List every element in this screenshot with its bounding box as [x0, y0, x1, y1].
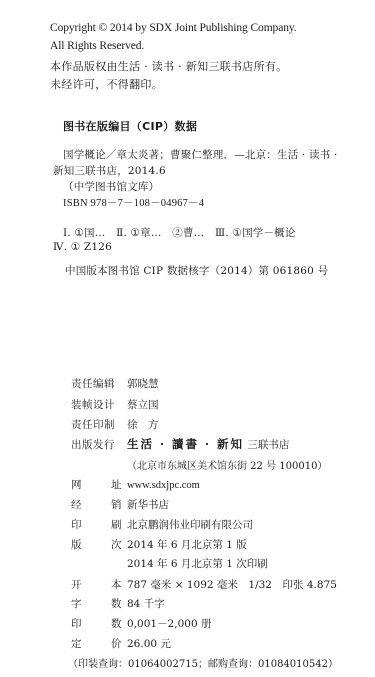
credit-row-word-count: 字数84 千字 [71, 596, 165, 611]
credit-label-a: 版 [71, 537, 111, 552]
cip-title: 图书在版编目（CIP）数据 [63, 118, 197, 134]
credit-label-b: 价 [111, 638, 122, 650]
credit-label-b: 本 [111, 579, 122, 591]
contact-line: （印装查询：01064002715；邮购查询：01084010542） [68, 655, 338, 670]
credit-label-b: 数 [111, 618, 122, 630]
credit-row-publisher: 出版发行生活 · 讀書 · 新知 三联书店 [71, 436, 289, 452]
cip-subjects-line1: Ⅰ. ①国… Ⅱ. ①章… ②曹… Ⅲ. ①国学－概论 [63, 225, 296, 240]
credit-row-printing-manager: 责任印制徐 方 [71, 417, 159, 432]
credit-value: 三联书店 [247, 437, 289, 452]
credit-row-printer: 印刷北京鹏润伟业印刷有限公司 [71, 517, 253, 532]
credit-value: 北京鹏润伟业印刷有限公司 [127, 517, 253, 532]
credit-label: 装帧设计 [71, 397, 127, 412]
cip-entry-line2: 新知三联书店，2014.6 [53, 163, 166, 178]
credit-value: 郭晓慧 [127, 376, 159, 391]
reprint-notice-line: 未经许可，不得翻印。 [50, 76, 163, 92]
credit-label-b: 次 [111, 539, 122, 551]
publisher-address: （北京市东城区美术馆东街 22 号 100010） [127, 457, 327, 472]
credit-label: 责任印制 [71, 417, 127, 432]
credit-value: 84 千字 [127, 596, 165, 611]
credit-row-price: 定价26.00 元 [71, 636, 171, 651]
credit-value: 新华书店 [127, 497, 169, 512]
cip-entry-line1: 国学概论／章太炎著；曹聚仁整理．—北京：生活 · 读书 · [63, 147, 338, 162]
credit-value: 787 毫米 × 1092 毫米 1/32 印张 4.875 [127, 577, 337, 592]
credit-label-a: 经 [71, 497, 111, 512]
credit-row-printing: 2014 年 6 月北京第 1 次印刷 [71, 556, 268, 571]
website-link[interactable]: www.sdxjpc.com [127, 480, 200, 491]
cip-verification: 中国版本图书馆 CIP 数据核字（2014）第 061860 号 [65, 263, 328, 278]
credit-row-print-run: 印数0,001－2,000 册 [71, 616, 211, 631]
cip-subjects-line2: Ⅳ. ① Z126 [53, 241, 112, 253]
credit-label: 责任编辑 [71, 376, 127, 391]
credit-label-a: 网 [71, 477, 111, 492]
copyright-owner-line: 本作品版权由生活 · 读书 · 新知三联书店所有。 [50, 58, 287, 74]
publisher-brand-logo: 生活 · 讀書 · 新知 [127, 436, 244, 452]
credit-row-design: 装帧设计蔡立国 [71, 397, 159, 412]
credit-label-a: 印 [71, 616, 111, 631]
credit-label-b: 数 [111, 598, 122, 610]
credit-label-b: 址 [111, 479, 122, 491]
credit-value: 26.00 元 [127, 636, 171, 651]
credit-row-website: 网址www.sdxjpc.com [71, 477, 200, 492]
credit-label-a: 开 [71, 577, 111, 592]
credit-label-a: 印 [71, 517, 111, 532]
credit-row-edition: 版次2014 年 6 月北京第 1 版 [71, 537, 247, 552]
credit-row-distributor: 经销新华书店 [71, 497, 169, 512]
credit-value: 徐 方 [127, 417, 159, 432]
credit-value: 蔡立国 [127, 397, 159, 412]
credit-label-a: 定 [71, 636, 111, 651]
credit-label: 出版发行 [71, 437, 127, 452]
credit-row-format: 开本787 毫米 × 1092 毫米 1/32 印张 4.875 [71, 577, 337, 592]
credit-row-editor: 责任编辑郭晓慧 [71, 376, 159, 391]
rights-reserved-line: All Rights Reserved. [50, 40, 144, 52]
credit-label-b: 销 [111, 499, 122, 511]
credit-value: 2014 年 6 月北京第 1 版 [127, 537, 247, 552]
copyright-line: Copyright © 2014 by SDX Joint Publishing… [50, 22, 297, 34]
credit-value: 0,001－2,000 册 [127, 616, 211, 631]
cip-isbn: ISBN 978－7－108－04967－4 [63, 195, 204, 210]
credit-row-address: （北京市东城区美术馆东街 22 号 100010） [71, 457, 327, 472]
credit-value: 2014 年 6 月北京第 1 次印刷 [127, 556, 268, 571]
credit-label-b: 刷 [111, 519, 122, 531]
cip-series: （中学图书馆文库） [63, 179, 159, 194]
credit-label-a: 字 [71, 596, 111, 611]
